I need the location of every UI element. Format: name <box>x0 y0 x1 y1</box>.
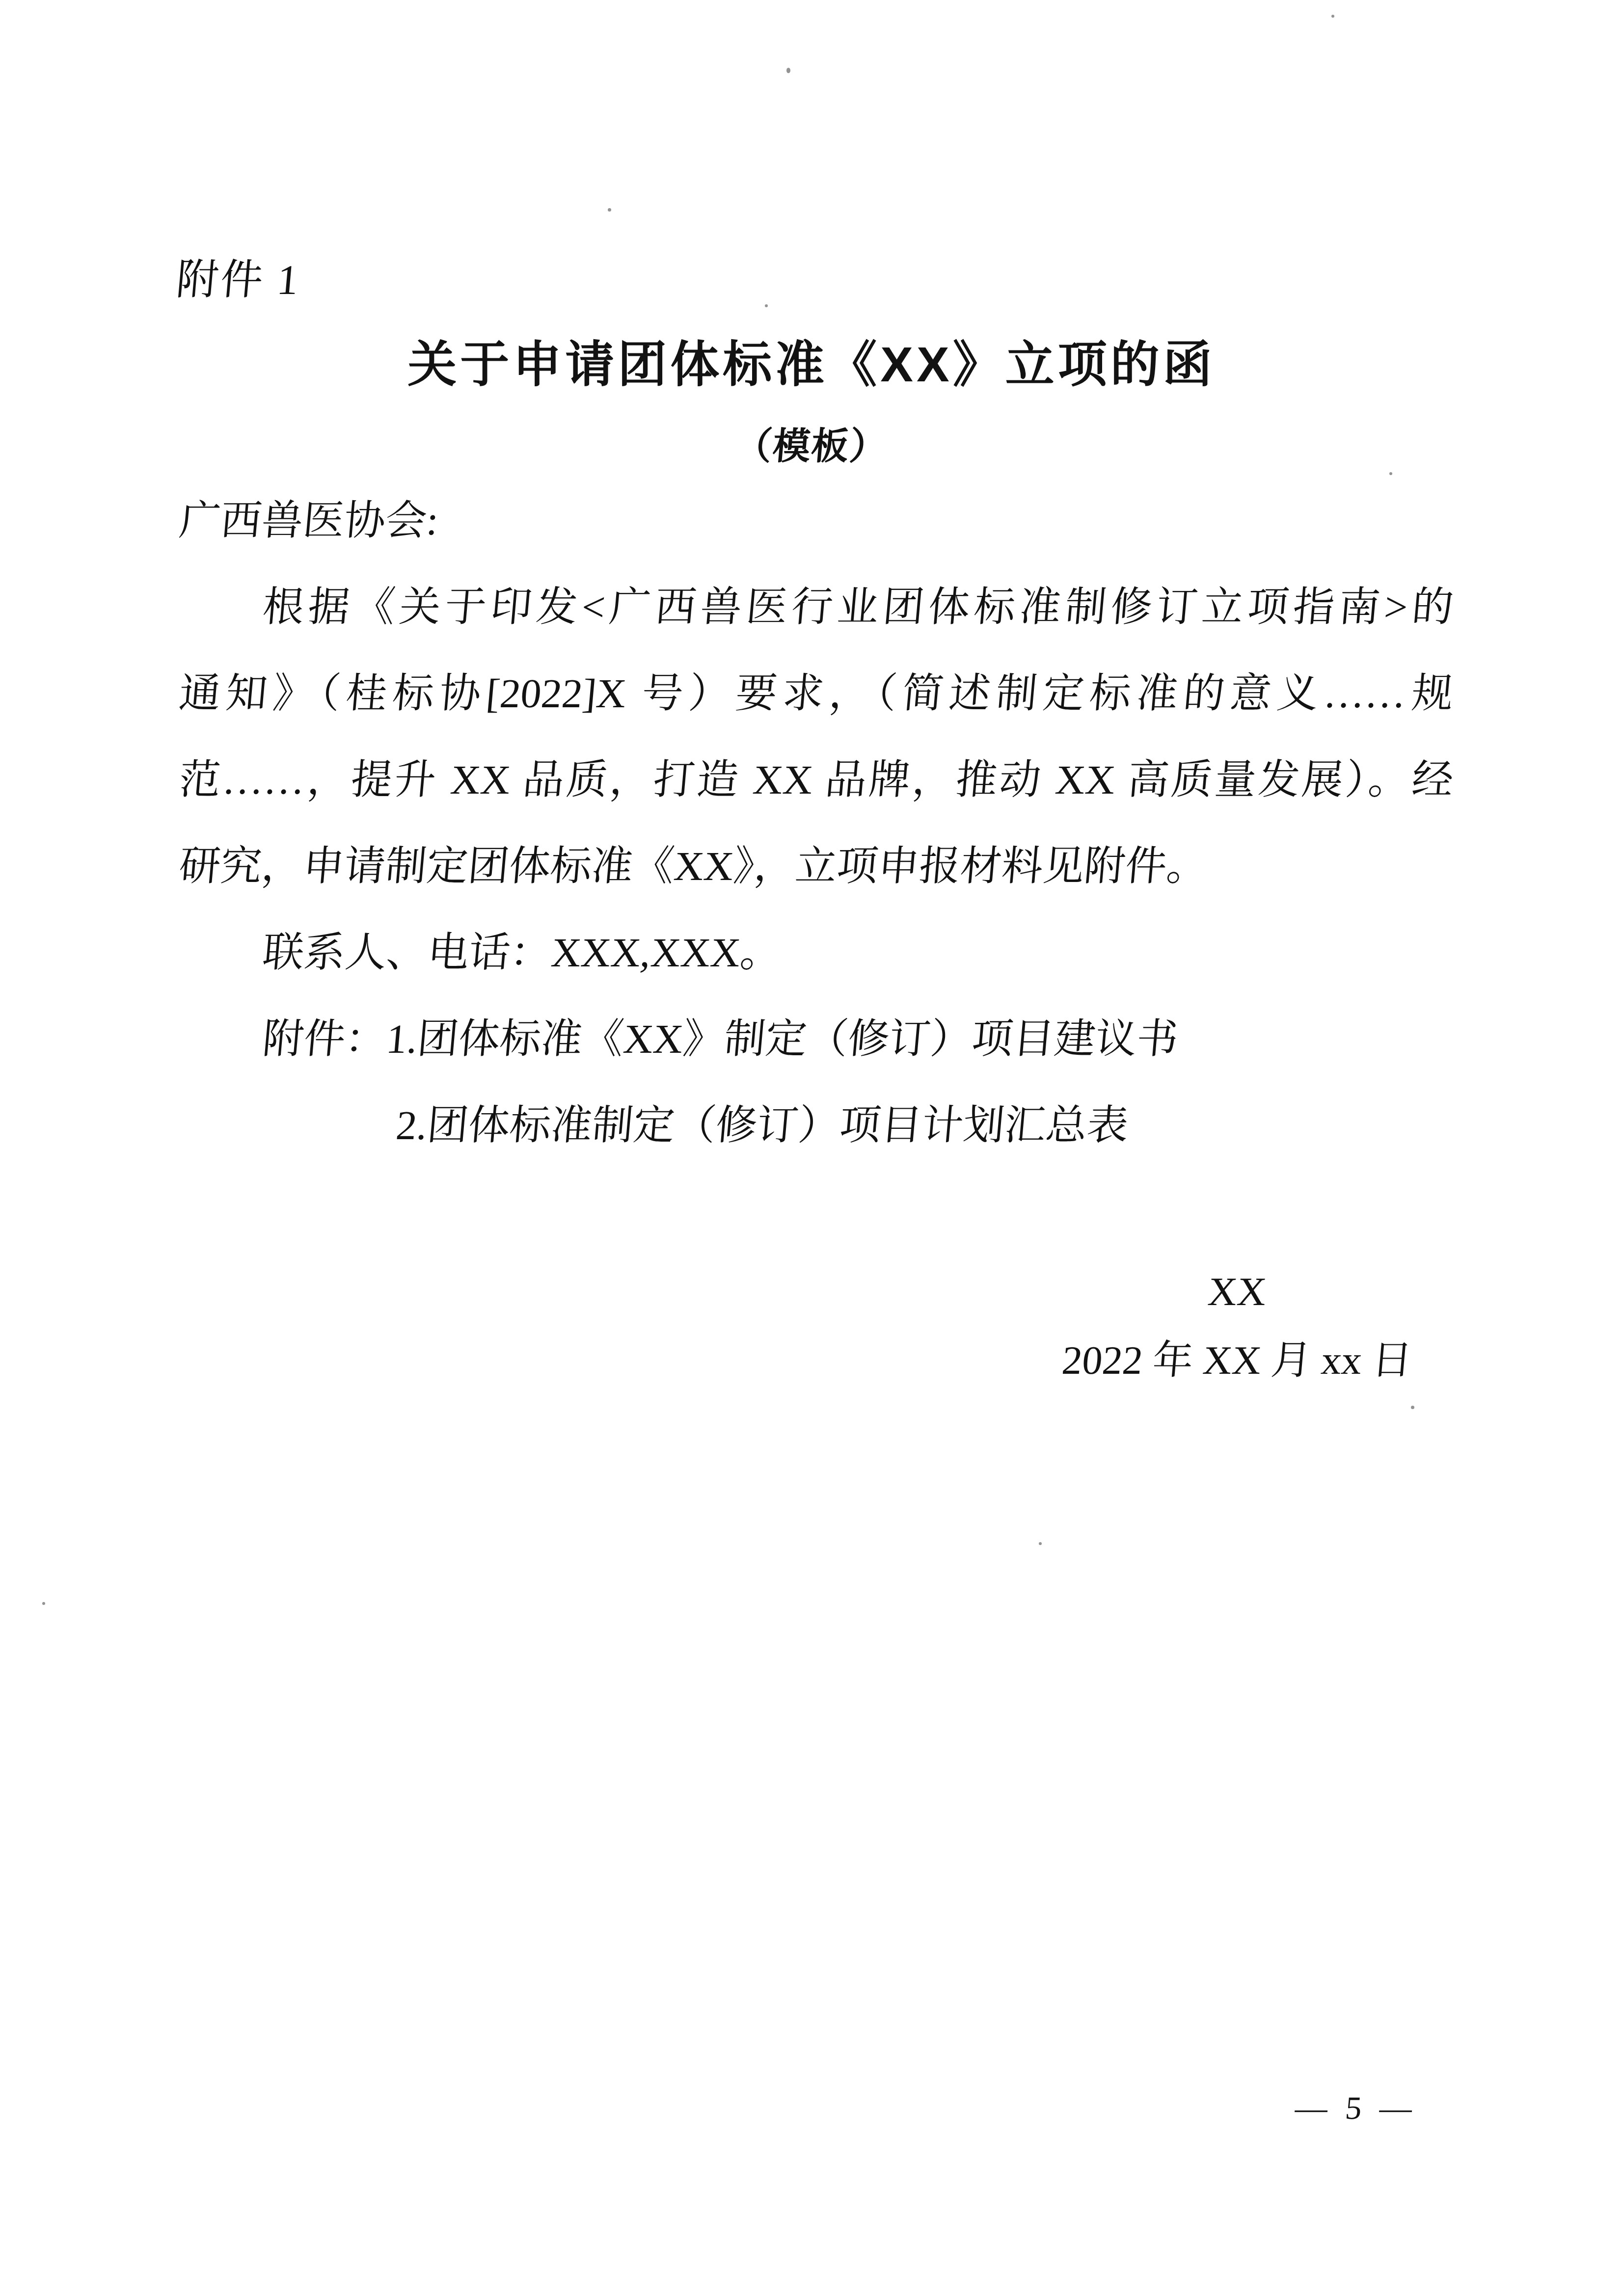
scan-speck <box>1039 1542 1042 1545</box>
paragraph-line-1: 根据《关于印发<广西兽医行业团体标准制修订立项指南>的 <box>175 564 1457 651</box>
salutation: 广西兽医协会: <box>175 478 1457 564</box>
attachment-list-line-1: 附件：1.团体标准《XX》制定（修订）项目建议书 <box>175 996 1457 1083</box>
document-subtitle: （模板） <box>0 416 1623 470</box>
signature-block: XX 2022 年 XX 月 xx 日 <box>1041 1257 1434 1395</box>
scan-speck <box>1331 15 1334 18</box>
scan-speck <box>765 304 768 307</box>
signature-date: 2022 年 XX 月 xx 日 <box>1038 1326 1436 1395</box>
document-title: 关于申请团体标准《XX》立项的函 <box>0 325 1623 396</box>
letter-body: 广西兽医协会: 根据《关于印发<广西兽医行业团体标准制修订立项指南>的 通知》（… <box>179 478 1453 1169</box>
scan-speck <box>42 1602 45 1605</box>
contact-line: 联系人、电话：XXX,XXX。 <box>175 910 1457 996</box>
document-page: 附件 1 关于申请团体标准《XX》立项的函 （模板） 广西兽医协会: 根据《关于… <box>0 0 1623 2296</box>
paragraph-line-2: 通知》（桂标协[2022]X 号）要求，（简述制定标准的意义……规 <box>175 651 1457 737</box>
scan-speck <box>608 208 611 212</box>
paragraph-line-3: 范……，提升 XX 品质，打造 XX 品牌，推动 XX 高质量发展）。经 <box>175 737 1457 824</box>
scan-speck <box>1411 1406 1414 1409</box>
page-number: — 5 — <box>1294 2090 1419 2127</box>
scan-speck <box>1389 472 1392 475</box>
attachment-list-line-2: 2.团体标准制定（修订）项目计划汇总表 <box>175 1083 1457 1169</box>
paragraph-line-4: 研究，申请制定团体标准《XX》，立项申报材料见附件。 <box>175 824 1457 910</box>
attachment-label: 附件 1 <box>174 245 303 306</box>
signer-name: XX <box>1038 1257 1436 1326</box>
scan-speck <box>786 68 790 73</box>
